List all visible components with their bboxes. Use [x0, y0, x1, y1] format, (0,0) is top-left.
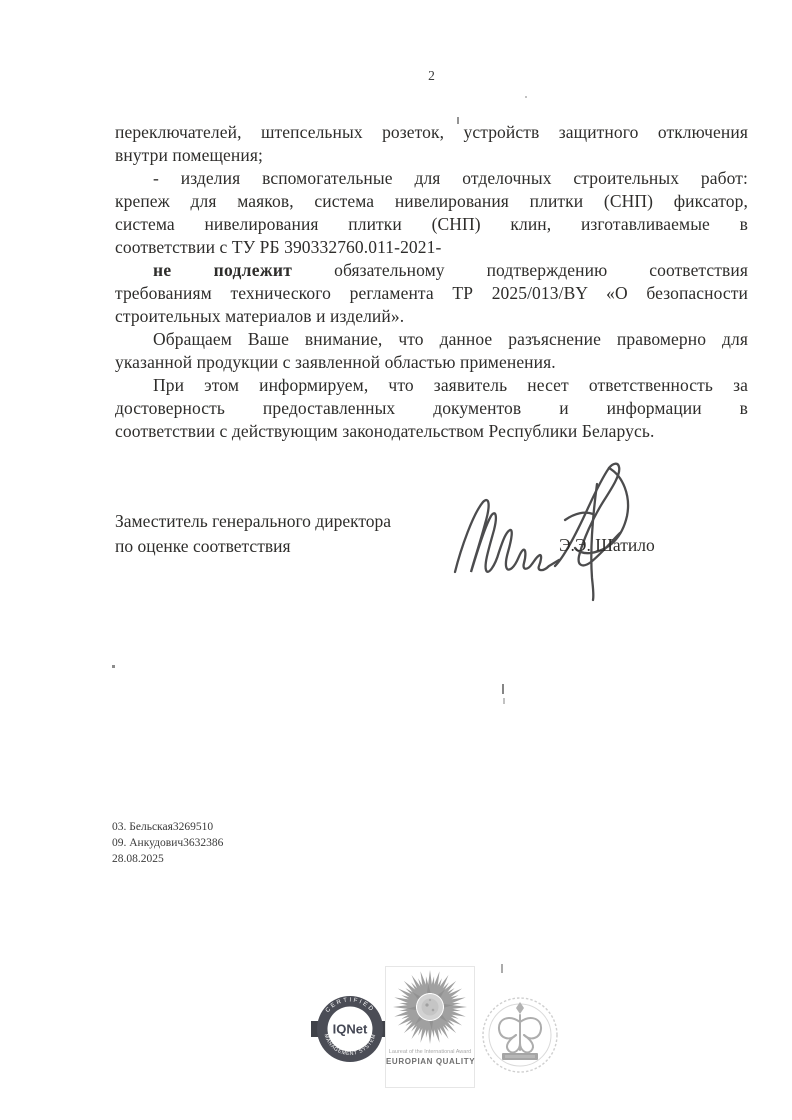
body-line: указанной продукции с заявленной область…	[115, 351, 748, 374]
body-line: требованиям технического регламента ТР 2…	[115, 282, 748, 305]
body-line: При этом информируем, что заявитель несе…	[115, 374, 748, 397]
iqnet-arc-bottom-text: MANAGEMENT SYSTEM	[323, 1033, 378, 1057]
handwritten-signature	[447, 456, 652, 604]
body-line: Обращаем Ваше внимание, что данное разъя…	[115, 328, 748, 351]
footer-note: 28.08.2025	[112, 851, 223, 867]
signatory-title: Заместитель генерального директора по оц…	[115, 509, 391, 558]
footer-note: 09. Анкудович3632386	[112, 835, 223, 851]
scan-artifact-mark	[503, 698, 505, 704]
signatory-name: Э.Э. Шатило	[559, 535, 655, 556]
european-quality-award: Laureat of the International Award EUROP…	[385, 966, 475, 1088]
body-line: - изделия вспомогательные для отделочных…	[115, 167, 748, 190]
body-line: достоверность предоставленных документов…	[115, 397, 748, 420]
scan-artifact-mark	[457, 117, 459, 124]
scan-artifact-mark	[502, 684, 504, 694]
scan-artifact-mark	[112, 665, 115, 668]
award-caption-bold: EUROPIAN QUALITY	[386, 1057, 474, 1066]
iqnet-wordmark: IQNet	[333, 1022, 368, 1037]
body-line-emphasis: не подлежит обязательному подтверждению …	[115, 259, 748, 282]
scanned-letter-page: 2 переключателей, штепсельных розеток, у…	[0, 0, 792, 1120]
svg-text:CERTIFIED: CERTIFIED	[325, 997, 375, 1014]
iqnet-right-tab	[379, 1021, 389, 1037]
footer-note: 03. Бельская3269510	[112, 819, 223, 835]
footer-notes: 03. Бельская3269510 09. Анкудович3632386…	[112, 819, 223, 867]
body-line: соответствии с действующим законодательс…	[115, 420, 748, 443]
sunburst-medal-icon	[386, 967, 474, 1047]
body-line: переключателей, штепсельных розеток, уст…	[115, 121, 748, 144]
signatory-title-line1: Заместитель генерального директора	[115, 509, 391, 534]
iqnet-logo: CERTIFIED MANAGEMENT SYSTEM IQNet	[311, 990, 389, 1068]
svg-text:MANAGEMENT SYSTEM: MANAGEMENT SYSTEM	[323, 1033, 378, 1057]
body-line: соответствии с ТУ РБ 390332760.011-2021-	[115, 236, 748, 259]
scan-artifact-mark	[501, 964, 503, 973]
letter-body: переключателей, штепсельных розеток, уст…	[115, 121, 748, 443]
iqnet-arc-top-text: CERTIFIED	[325, 997, 375, 1014]
emphasis-text: не подлежит	[153, 260, 292, 280]
body-line: крепеж для маяков, система нивелирования…	[115, 190, 748, 213]
scan-artifact-mark	[525, 96, 527, 98]
body-line: внутри помещения;	[115, 144, 748, 167]
award-caption-small: Laureat of the International Award	[386, 1049, 474, 1055]
page-number: 2	[115, 68, 748, 84]
body-line: строительных материалов и изделий».	[115, 305, 748, 328]
emblem-ornament	[499, 1002, 541, 1052]
body-line: система нивелирования плитки (СНП) клин,…	[115, 213, 748, 236]
signatory-title-line2: по оценке соответствия	[115, 534, 391, 559]
round-emblem-stamp	[479, 988, 561, 1078]
iqnet-left-tab	[311, 1021, 321, 1037]
body-line-rest: обязательному подтверждению соответствия	[334, 260, 748, 280]
